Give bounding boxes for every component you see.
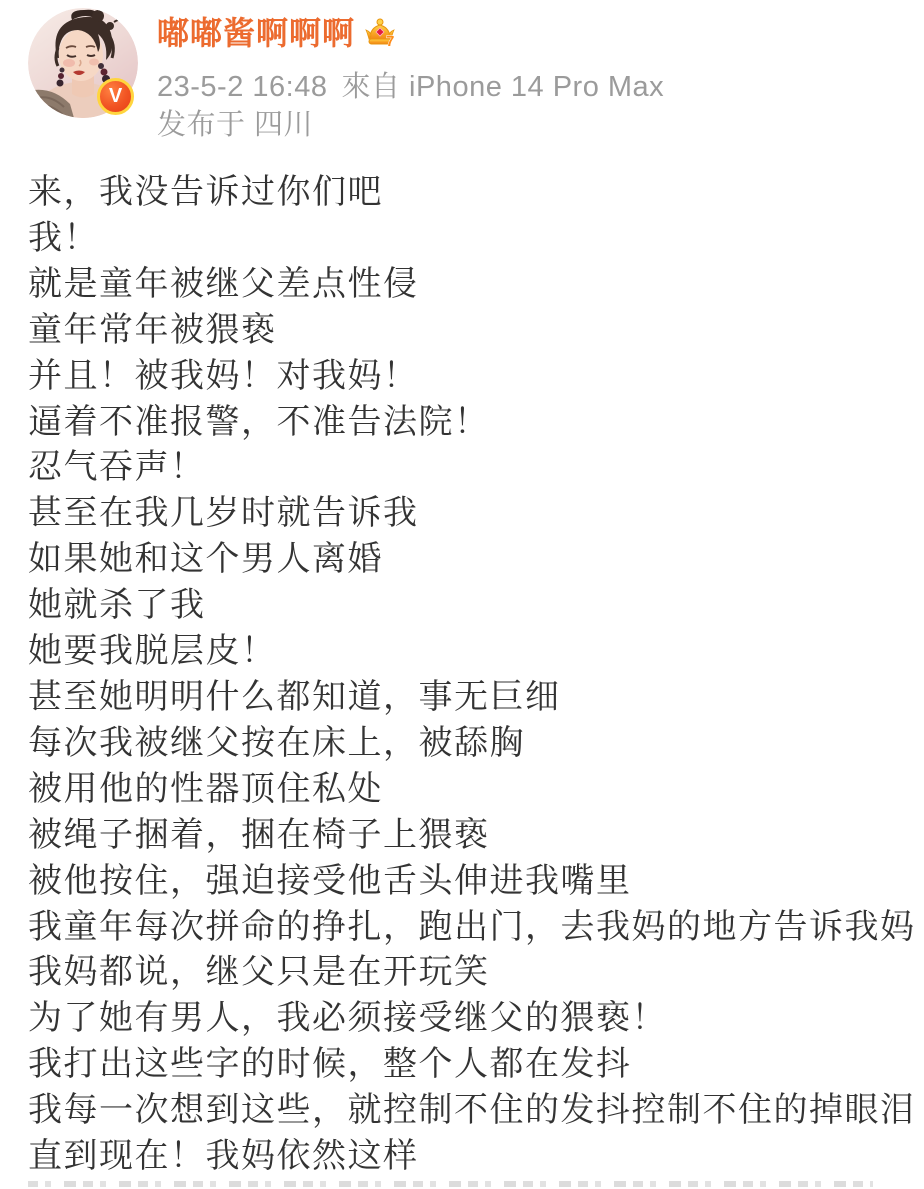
post-line: 我童年每次拼命的挣扎，跑出门，去我妈的地方告诉我妈	[28, 905, 904, 951]
post-line: 逼着不准报警，不准告法院！	[28, 400, 904, 446]
post-location: 发布于 四川	[157, 106, 664, 144]
post-line: 被绳子捆着，捆在椅子上猥亵	[28, 813, 904, 859]
username[interactable]: 嘟嘟酱啊啊啊	[157, 14, 355, 52]
partial-next-line	[28, 1181, 873, 1187]
verified-badge-icon: V	[97, 78, 134, 115]
post-source[interactable]: 來自 iPhone 14 Pro Max	[341, 71, 664, 103]
post-line: 我打出这些字的时候，整个人都在发抖	[28, 1042, 904, 1088]
post-timestamp: 23-5-2 16:48	[157, 71, 327, 103]
post-line: 每次我被继父按在床上，被舔胸	[28, 721, 904, 767]
post-line: 她就杀了我	[28, 583, 904, 629]
post-line: 童年常年被猥亵	[28, 308, 904, 354]
post-content: 来，我没告诉过你们吧我！就是童年被继父差点性侵童年常年被猥亵并且！被我妈！对我妈…	[0, 170, 924, 1180]
post-line: 甚至在我几岁时就告诉我	[28, 491, 904, 537]
post-line: 我！	[28, 216, 904, 262]
name-row: 嘟嘟酱啊啊啊 7	[157, 14, 664, 52]
weibo-post-page: V 嘟嘟酱啊啊啊	[0, 0, 924, 1189]
post-line: 被他按住，强迫接受他舌头伸进我嘴里	[28, 859, 904, 905]
post-line: 我妈都说，继父只是在开玩笑	[28, 950, 904, 996]
post-line: 如果她和这个男人离婚	[28, 537, 904, 583]
post-line: 甚至她明明什么都知道，事无巨细	[28, 675, 904, 721]
post-line: 并且！被我妈！对我妈！	[28, 354, 904, 400]
post-line: 我每一次想到这些，就控制不住的发抖控制不住的掉眼泪	[28, 1088, 904, 1134]
avatar[interactable]: V	[28, 8, 138, 118]
post-line: 就是童年被继父差点性侵	[28, 262, 904, 308]
post-line: 她要我脱层皮！	[28, 629, 904, 675]
post-meta: 23-5-2 16:48來自 iPhone 14 Pro Max	[157, 68, 664, 106]
svg-text:7: 7	[386, 33, 394, 48]
header-info: 嘟嘟酱啊啊啊 7	[157, 8, 664, 144]
post-line: 为了她有男人，我必须接受继父的猥亵！	[28, 996, 904, 1042]
post-line: 来，我没告诉过你们吧	[28, 170, 904, 216]
post-header: V 嘟嘟酱啊啊啊	[0, 0, 924, 144]
vip-crown-icon: 7	[365, 18, 399, 48]
meta-block: 23-5-2 16:48來自 iPhone 14 Pro Max 发布于 四川	[157, 68, 664, 144]
post-line: 直到现在！我妈依然这样	[28, 1134, 904, 1180]
post-line: 被用他的性器顶住私处	[28, 767, 904, 813]
post-line: 忍气吞声！	[28, 445, 904, 491]
